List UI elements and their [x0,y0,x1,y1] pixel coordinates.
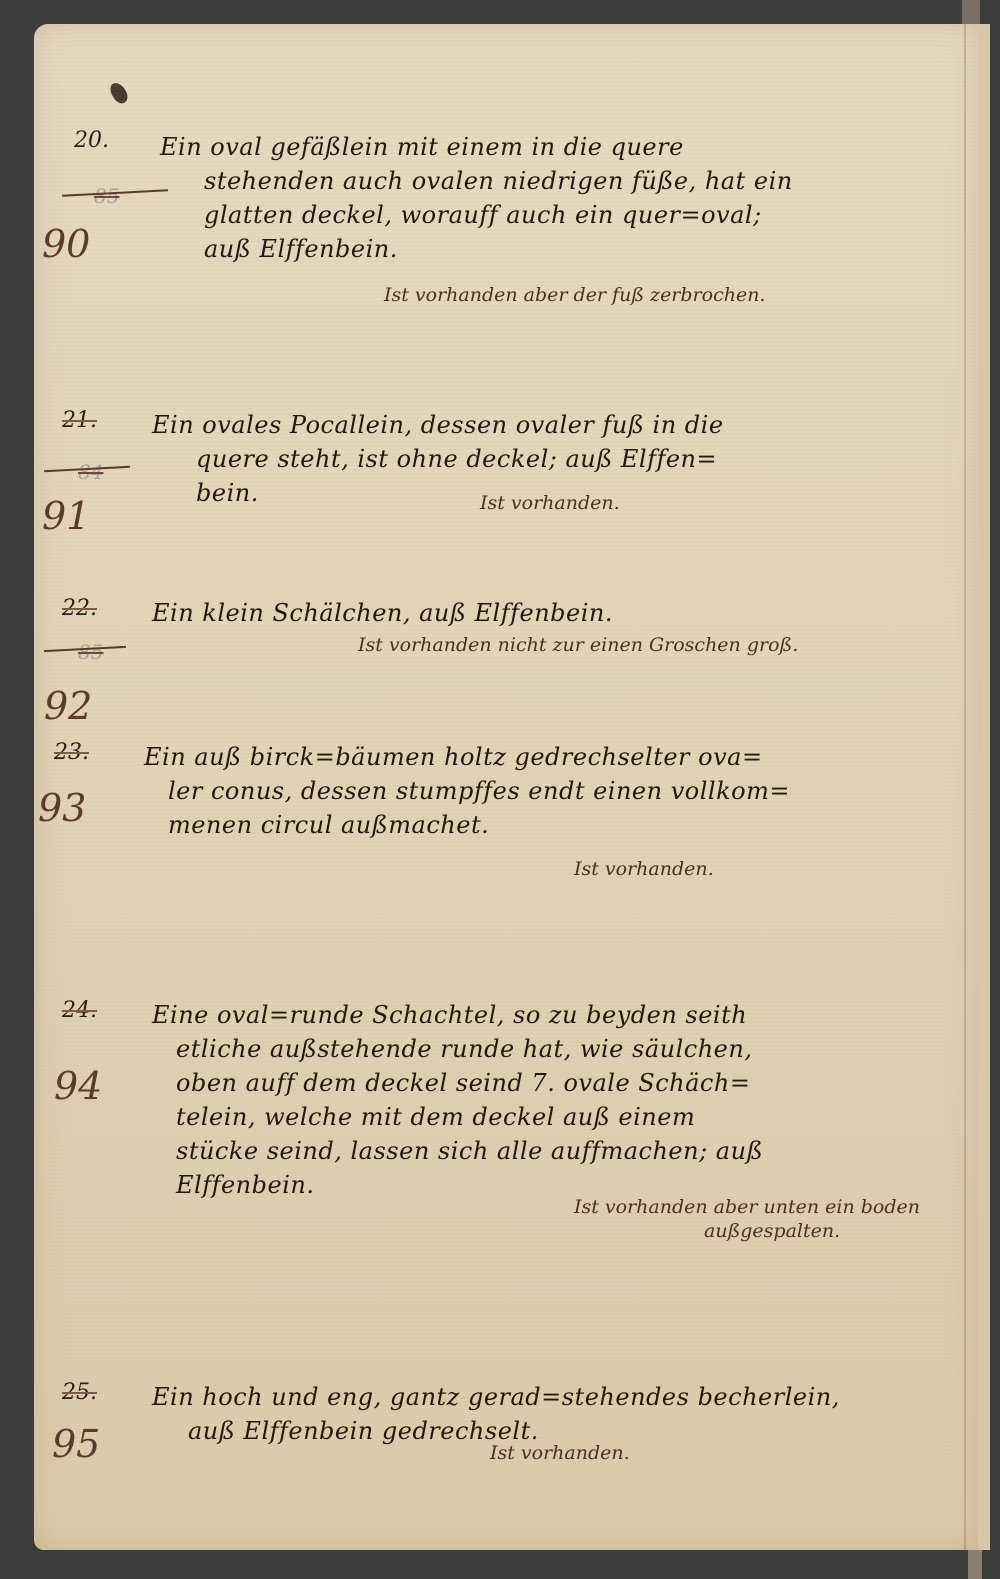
next-page-edge [978,24,990,1550]
status-note: Ist vorhanden aber unten ein boden [574,1196,920,1218]
old-pencil-number: 84 [78,460,103,484]
old-pencil-number: 85 [94,184,119,208]
old-pencil-number: 85 [78,640,103,664]
page-fold-line [964,24,966,1550]
entry-description: Ein auß birck=bäumen holtz gedrechselter… [144,740,790,842]
entry-description: Eine oval=runde Schachtel, so zu beyden … [152,998,763,1202]
entry-description: Ein oval gefäßlein mit einem in die quer… [160,130,793,266]
entry-description: Ein klein Schälchen, auß Elffenbein. [152,596,613,630]
binding-strip-bottom [968,1545,982,1579]
margin-number: 92 [44,684,92,728]
entry-number: 21. [62,408,97,433]
margin-number: 90 [42,222,90,266]
entry-number: 24. [62,998,97,1023]
entry-number: 20. [74,128,109,153]
status-note-continued: außgespalten. [704,1220,840,1242]
margin-number: 94 [54,1064,102,1108]
margin-number: 95 [52,1422,100,1466]
status-note: Ist vorhanden. [574,858,714,880]
entry-number: 23. [54,740,89,765]
status-note: Ist vorhanden. [490,1442,630,1464]
margin-number: 91 [42,494,90,538]
status-note: Ist vorhanden nicht zur einen Groschen g… [358,634,798,656]
manuscript-page: 20. 85 90 Ein oval gefäßlein mit einem i… [34,24,978,1550]
entry-description: Ein hoch und eng, gantz gerad=stehendes … [152,1380,840,1448]
margin-number: 93 [38,786,86,830]
entry-number: 25. [62,1380,97,1405]
entry-number: 22. [62,596,97,621]
entry-description: Ein ovales Pocallein, dessen ovaler fuß … [152,408,724,510]
status-note: Ist vorhanden. [480,492,620,514]
ink-blot [107,80,130,106]
status-note: Ist vorhanden aber der fuß zerbrochen. [384,284,765,306]
